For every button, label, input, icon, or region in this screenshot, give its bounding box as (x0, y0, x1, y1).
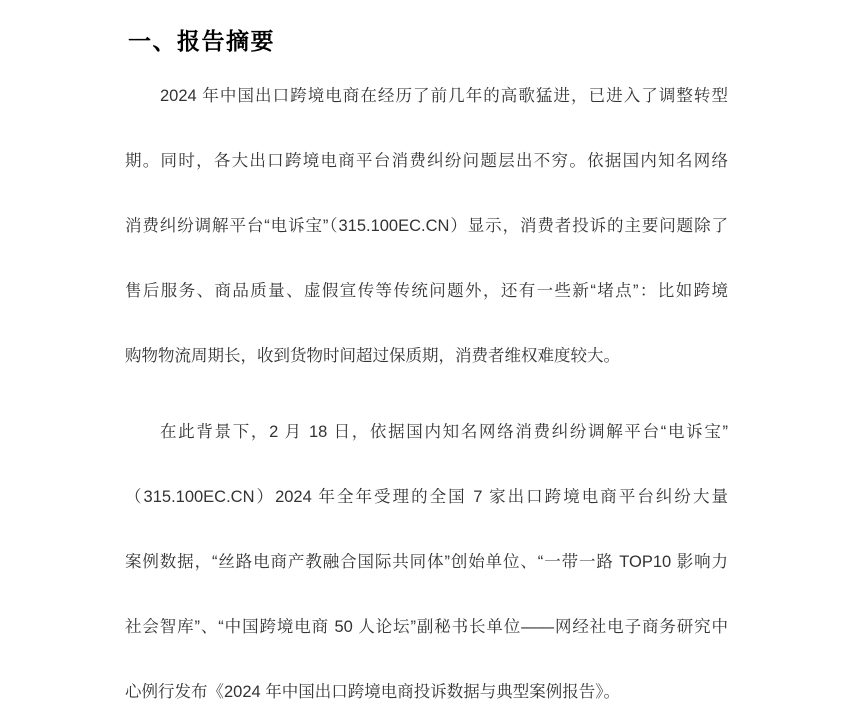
text-line: 2024 年中国出口跨境电商在经历了前几年的高歌猛进，已进入了调整转型 (125, 64, 728, 129)
document-body: 2024 年中国出口跨境电商在经历了前几年的高歌猛进，已进入了调整转型 期。同时… (125, 64, 728, 725)
text-line: 售后服务、商品质量、虚假宣传等传统问题外，还有一些新“堵点”：比如跨境 (125, 259, 728, 324)
paragraph-1: 2024 年中国出口跨境电商在经历了前几年的高歌猛进，已进入了调整转型 期。同时… (125, 64, 728, 389)
paragraph-2: 在此背景下，2 月 18 日，依据国内知名网络消费纠纷调解平台“电诉宝” （31… (125, 400, 728, 725)
document-page: 一、报告摘要 2024 年中国出口跨境电商在经历了前几年的高歌猛进，已进入了调整… (0, 0, 851, 726)
text-line: 在此背景下，2 月 18 日，依据国内知名网络消费纠纷调解平台“电诉宝” (125, 400, 728, 465)
text-line: 消费纠纷调解平台“电诉宝”（315.100EC.CN）显示，消费者投诉的主要问题… (125, 194, 728, 259)
text-line: 案例数据，“丝路电商产教融合国际共同体”创始单位、“一带一路 TOP10 影响力 (125, 530, 728, 595)
text-line: 期。同时，各大出口跨境电商平台消费纠纷问题层出不穷。依据国内知名网络 (125, 129, 728, 194)
text-line: 购物物流周期长，收到货物时间超过保质期，消费者维权难度较大。 (125, 324, 728, 389)
text-line: （315.100EC.CN）2024 年全年受理的全国 7 家出口跨境电商平台纠… (125, 465, 728, 530)
section-heading: 一、报告摘要 (128, 27, 275, 55)
text-line: 社会智库”、“中国跨境电商 50 人论坛”副秘书长单位——网经社电子商务研究中 (125, 595, 728, 660)
text-line: 心例行发布《2024 年中国出口跨境电商投诉数据与典型案例报告》。 (125, 660, 728, 725)
